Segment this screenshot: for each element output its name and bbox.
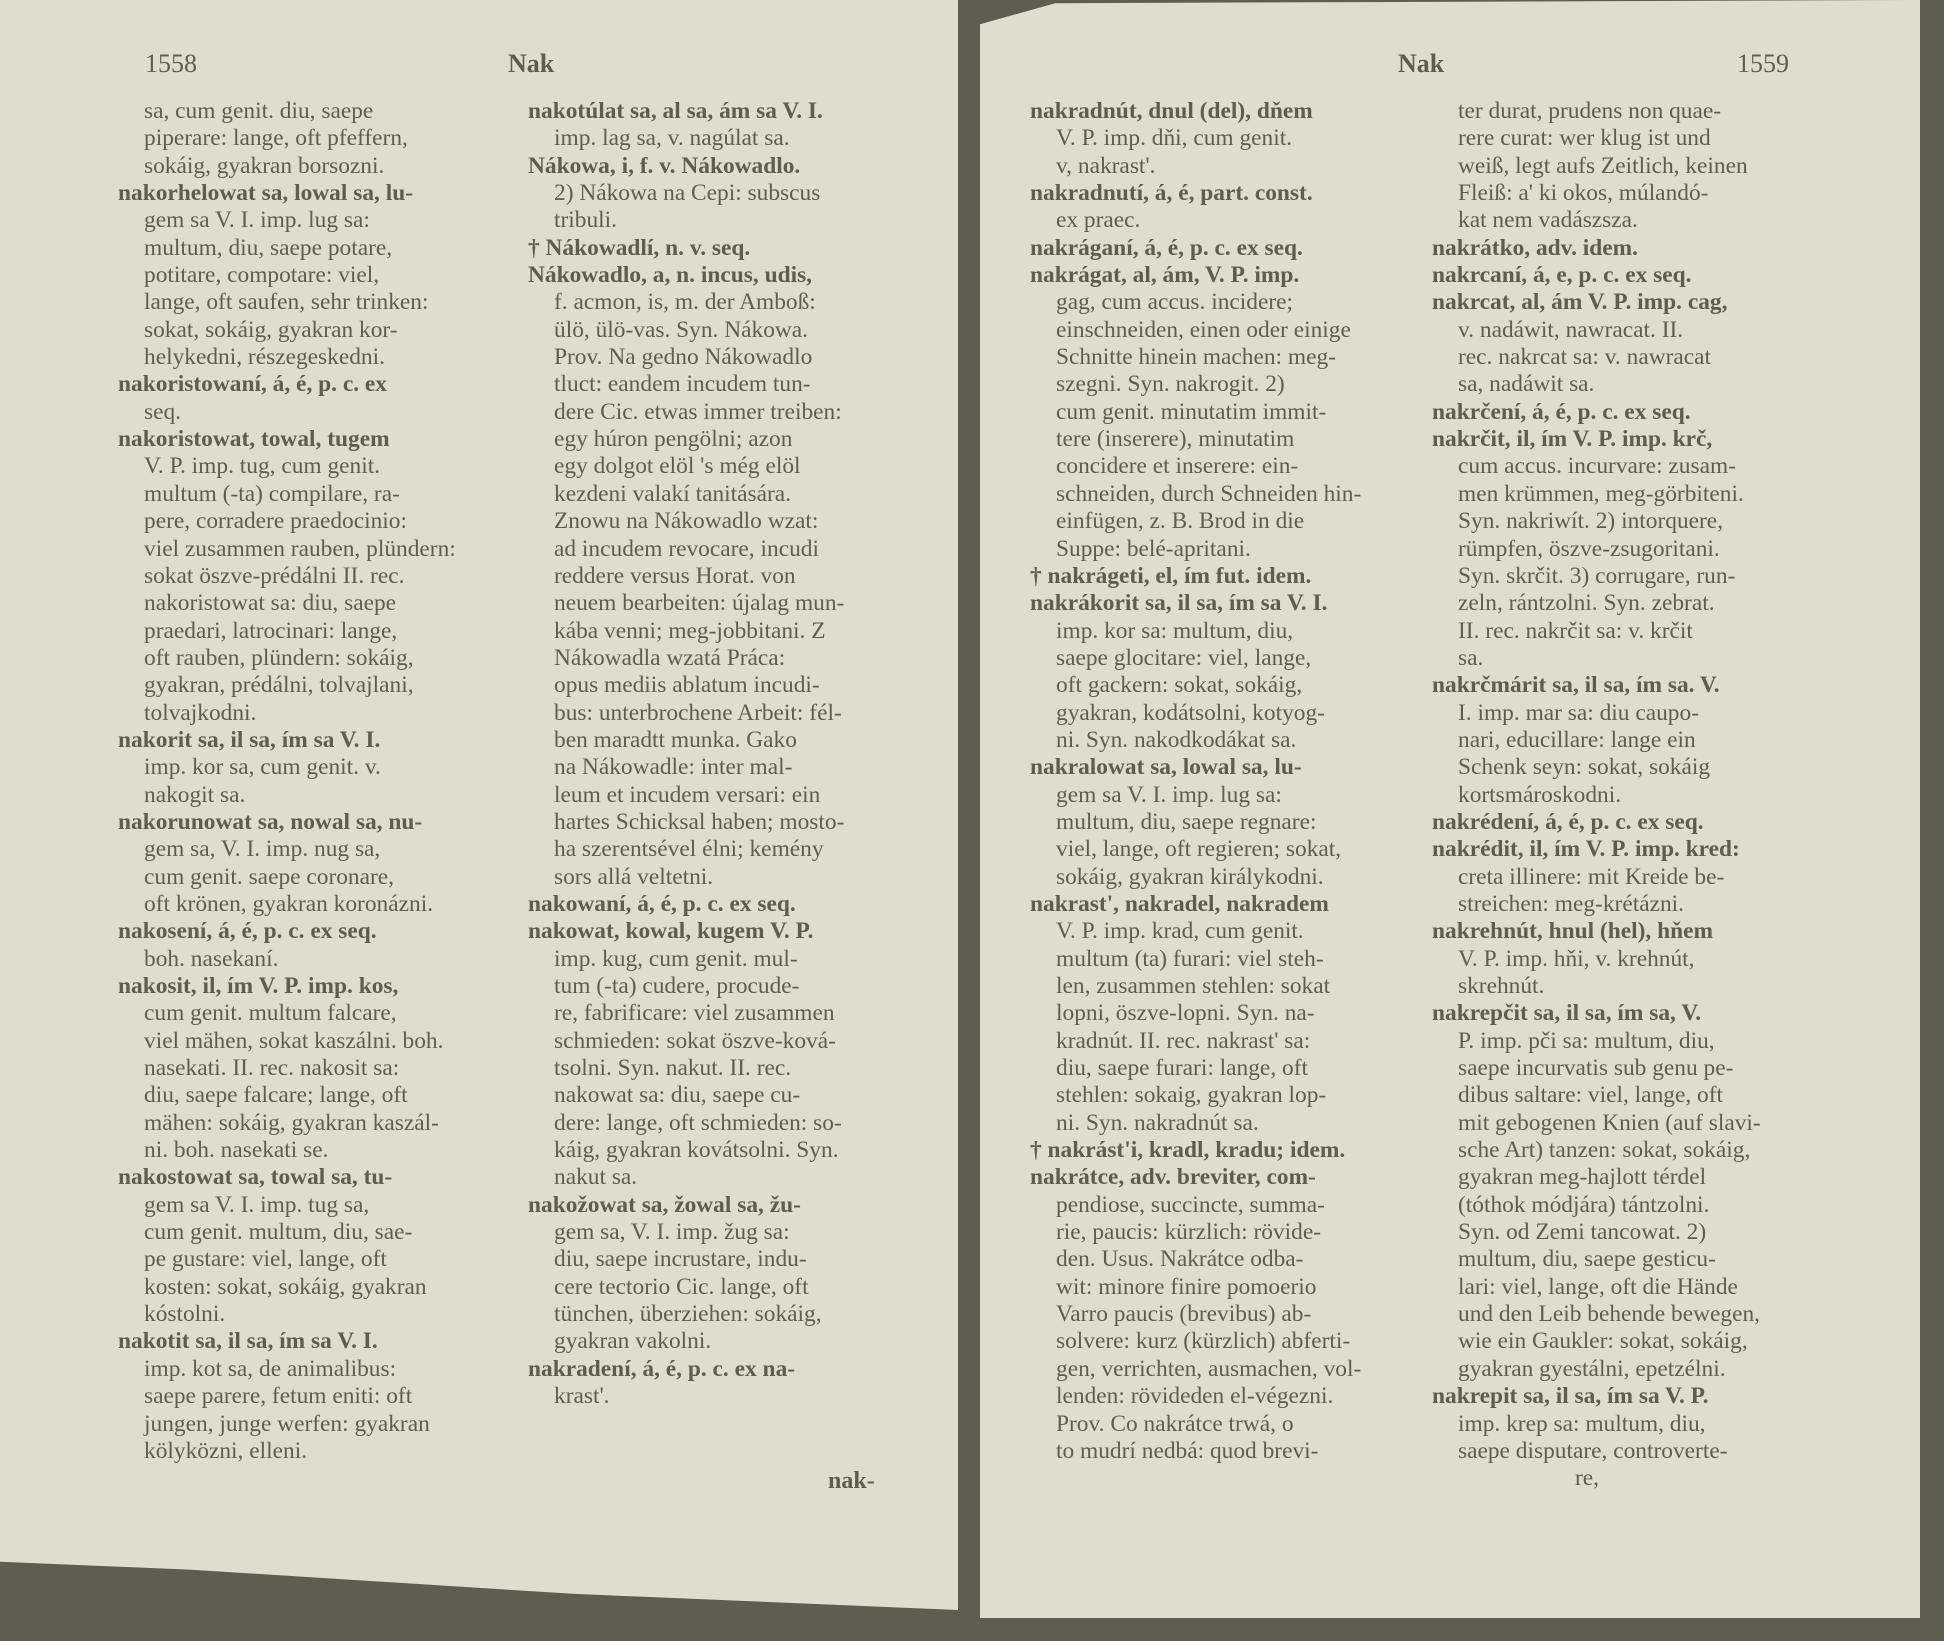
dictionary-headword-line: nakrast', nakradel, nakradem: [1030, 891, 1425, 918]
dictionary-headword-line: nakosení, á, é, p. c. ex seq.: [118, 918, 503, 945]
dictionary-text-line: v. nadáwit, nawracat. II.: [1432, 317, 1837, 344]
dictionary-headword-line: nakorit sa, il sa, ím sa V. I.: [118, 727, 503, 754]
dictionary-text-line: kába venni; meg-jobbitani. Z: [528, 618, 923, 645]
dictionary-text-line: tsolni. Syn. nakut. II. rec.: [528, 1055, 923, 1082]
dictionary-text-line: solvere: kurz (kürzlich) abferti-: [1030, 1328, 1425, 1355]
dictionary-headword-line: nakowaní, á, é, p. c. ex seq.: [528, 891, 923, 918]
dictionary-text-line: ni. Syn. nakodkodákat sa.: [1030, 727, 1425, 754]
dictionary-text-line: schneiden, durch Schneiden hin-: [1030, 481, 1425, 508]
dictionary-text-line: nari, educillare: lange ein: [1432, 727, 1837, 754]
dictionary-text-line: kezdeni valakí tanitására.: [528, 481, 923, 508]
dictionary-text-line: lange, oft saufen, sehr trinken:: [118, 289, 503, 316]
dictionary-text-line: cum genit. multum falcare,: [118, 1000, 503, 1027]
dictionary-headword-line: † nakrágeti, el, ím fut. idem.: [1030, 563, 1425, 590]
dictionary-text-line: Syn. od Zemi tancowat. 2): [1432, 1219, 1837, 1246]
dictionary-text-line: lenden: rövideden el-végezni.: [1030, 1383, 1425, 1410]
dictionary-text-line: gem sa V. I. imp. lug sa:: [1030, 782, 1425, 809]
dictionary-text-line: Znowu na Nákowadlo wzat:: [528, 508, 923, 535]
dictionary-text-line: cere tectorio Cic. lange, oft: [528, 1274, 923, 1301]
dictionary-headword-line: nakrédení, á, é, p. c. ex seq.: [1432, 809, 1837, 836]
dictionary-text-line: ben maradtt munka. Gako: [528, 727, 923, 754]
dictionary-text-line: ter durat, prudens non quae-: [1432, 98, 1837, 125]
dictionary-text-line: V. P. imp. tug, cum genit.: [118, 453, 503, 480]
dictionary-text-line: neuem bearbeiten: újalag mun-: [528, 590, 923, 617]
dictionary-headword-line: nakrcaní, á, e, p. c. ex seq.: [1432, 262, 1837, 289]
dictionary-text-line: Prov. Co nakrátce trwá, o: [1030, 1411, 1425, 1438]
left-page: 1558 Nak sa, cum genit. diu, saepepipera…: [0, 0, 958, 1610]
dictionary-text-line: schmieden: sokat öszve-ková-: [528, 1028, 923, 1055]
dictionary-text-line: Prov. Na gedno Nákowadlo: [528, 344, 923, 371]
dictionary-text-line: to mudrí nedbá: quod brevi-: [1030, 1438, 1425, 1465]
dictionary-text-line: mähen: sokáig, gyakran kaszál-: [118, 1110, 503, 1137]
dictionary-text-line: re, fabrificare: viel zusammen: [528, 1000, 923, 1027]
dictionary-text-line: praedari, latrocinari: lange,: [118, 618, 503, 645]
dictionary-text-line: leum et incudem versari: ein: [528, 782, 923, 809]
dictionary-text-line: cum genit. saepe coronare,: [118, 864, 503, 891]
dictionary-text-line: Fleiß: a' ki okos, múlandó-: [1432, 180, 1837, 207]
dictionary-text-line: dere Cic. etwas immer treiben:: [528, 399, 923, 426]
dictionary-text-line: krast'.: [528, 1383, 923, 1410]
dictionary-text-line: rümpfen, öszve-zsugoritani.: [1432, 536, 1837, 563]
dictionary-headword-line: nakorunowat sa, nowal sa, nu-: [118, 809, 503, 836]
dictionary-text-line: diu, saepe incrustare, indu-: [528, 1246, 923, 1273]
dictionary-text-line: gem sa V. I. imp. tug sa,: [118, 1192, 503, 1219]
dictionary-headword-line: nakotúlat sa, al sa, ám sa V. I.: [528, 98, 923, 125]
dictionary-text-line: kortsmároskodni.: [1432, 782, 1837, 809]
dictionary-text-line: ex praec.: [1030, 207, 1425, 234]
running-head-left: Nak: [508, 44, 554, 84]
dictionary-text-line: saepe glocitare: viel, lange,: [1030, 645, 1425, 672]
dictionary-text-line: multum, diu, saepe gesticu-: [1432, 1246, 1837, 1273]
dictionary-text-line: creta illinere: mit Kreide be-: [1432, 864, 1837, 891]
dictionary-text-line: potitare, compotare: viel,: [118, 262, 503, 289]
dictionary-text-line: len, zusammen stehlen: sokat: [1030, 973, 1425, 1000]
dictionary-text-line: skrehnút.: [1432, 973, 1837, 1000]
dictionary-text-line: Nákowadla wzatá Práca:: [528, 645, 923, 672]
dictionary-text-line: (tóthok módjára) tántzolni.: [1432, 1192, 1837, 1219]
dictionary-text-line: stehlen: sokaig, gyakran lop-: [1030, 1082, 1425, 1109]
dictionary-headword-line: † Nákowadlí, n. v. seq.: [528, 235, 923, 262]
dictionary-text-line: kat nem vadászsza.: [1432, 207, 1837, 234]
dictionary-headword-line: nakrepit sa, il sa, ím sa V. P.: [1432, 1383, 1837, 1410]
dictionary-text-line: imp. kot sa, de animalibus:: [118, 1356, 503, 1383]
left-column-2: nakotúlat sa, al sa, ám sa V. I.imp. lag…: [528, 98, 923, 1411]
dictionary-text-line: streichen: meg-krétázni.: [1432, 891, 1837, 918]
dictionary-headword-line: nakrcat, al, ám V. P. imp. cag,: [1432, 289, 1837, 316]
dictionary-text-line: gyakran, prédálni, tolvajlani,: [118, 672, 503, 699]
dictionary-text-line: re,: [1432, 1465, 1837, 1492]
dictionary-text-line: nakoristowat sa: diu, saepe: [118, 590, 503, 617]
dictionary-headword-line: nakoristowat, towal, tugem: [118, 426, 503, 453]
dictionary-text-line: tolvajkodni.: [118, 700, 503, 727]
dictionary-headword-line: nakotit sa, il sa, ím sa V. I.: [118, 1328, 503, 1355]
dictionary-text-line: sa, cum genit. diu, saepe: [118, 98, 503, 125]
right-page: Nak 1559 nakradnút, dnul (del), dňemV. P…: [980, 0, 1920, 1618]
running-head-right: Nak: [1398, 44, 1444, 84]
dictionary-headword-line: nakrčmárit sa, il sa, ím sa. V.: [1432, 672, 1837, 699]
dictionary-text-line: pe gustare: viel, lange, oft: [118, 1246, 503, 1273]
dictionary-headword-line: nakrágat, al, ám, V. P. imp.: [1030, 262, 1425, 289]
dictionary-text-line: reddere versus Horat. von: [528, 563, 923, 590]
dictionary-text-line: multum, diu, saepe regnare:: [1030, 809, 1425, 836]
dictionary-text-line: V. P. imp. dňi, cum genit.: [1030, 125, 1425, 152]
dictionary-text-line: gyakran vakolni.: [528, 1328, 923, 1355]
dictionary-text-line: imp. kor sa, cum genit. v.: [118, 754, 503, 781]
dictionary-text-line: dere: lange, oft schmieden: so-: [528, 1110, 923, 1137]
dictionary-text-line: cum genit. multum, diu, sae-: [118, 1219, 503, 1246]
dictionary-text-line: gag, cum accus. incidere;: [1030, 289, 1425, 316]
dictionary-headword-line: nakrehnút, hnul (hel), hňem: [1432, 918, 1837, 945]
dictionary-headword-line: nakradení, á, é, p. c. ex na-: [528, 1356, 923, 1383]
dictionary-text-line: piperare: lange, oft pfeffern,: [118, 125, 503, 152]
dictionary-headword-line: nakrákorit sa, il sa, ím sa V. I.: [1030, 590, 1425, 617]
dictionary-text-line: Schnitte hinein machen: meg-: [1030, 344, 1425, 371]
dictionary-text-line: multum (-ta) compilare, ra-: [118, 481, 503, 508]
dictionary-text-line: saepe parere, fetum eniti: oft: [118, 1383, 503, 1410]
dictionary-text-line: diu, saepe falcare; lange, oft: [118, 1082, 503, 1109]
dictionary-text-line: gem sa, V. I. imp. nug sa,: [118, 836, 503, 863]
catchword: nak-: [828, 1468, 875, 1495]
dictionary-headword-line: nakoristowaní, á, é, p. c. ex: [118, 371, 503, 398]
dictionary-headword-line: nakráganí, á, é, p. c. ex seq.: [1030, 235, 1425, 262]
dictionary-text-line: opus mediis ablatum incudi-: [528, 672, 923, 699]
dictionary-text-line: P. imp. pči sa: multum, diu,: [1432, 1028, 1837, 1055]
dictionary-text-line: nasekati. II. rec. nakosit sa:: [118, 1055, 503, 1082]
dictionary-text-line: Syn. skrčit. 3) corrugare, run-: [1432, 563, 1837, 590]
dictionary-text-line: gen, verrichten, ausmachen, vol-: [1030, 1356, 1425, 1383]
dictionary-headword-line: nakrčení, á, é, p. c. ex seq.: [1432, 399, 1837, 426]
dictionary-headword-line: nakowat, kowal, kugem V. P.: [528, 918, 923, 945]
dictionary-text-line: tribuli.: [528, 207, 923, 234]
dictionary-text-line: tluct: eandem incudem tun-: [528, 371, 923, 398]
dictionary-text-line: rie, paucis: kürzlich: rövide-: [1030, 1219, 1425, 1246]
dictionary-text-line: sokat, sokáig, gyakran kor-: [118, 317, 503, 344]
dictionary-text-line: Suppe: belé-apritani.: [1030, 536, 1425, 563]
dictionary-text-line: saepe disputare, controverte-: [1432, 1438, 1837, 1465]
dictionary-text-line: mit gebogenen Knien (auf slavi-: [1432, 1110, 1837, 1137]
dictionary-text-line: gyakran meg-hajlott térdel: [1432, 1164, 1837, 1191]
dictionary-text-line: V. P. imp. hňi, v. krehnút,: [1432, 946, 1837, 973]
dictionary-text-line: tum (-ta) cudere, procude-: [528, 973, 923, 1000]
dictionary-text-line: gyakran gyestálni, epetzélni.: [1432, 1356, 1837, 1383]
dictionary-headword-line: nakradnút, dnul (del), dňem: [1030, 98, 1425, 125]
dictionary-text-line: pendiose, succincte, summa-: [1030, 1192, 1425, 1219]
dictionary-text-line: multum, diu, saepe potare,: [118, 235, 503, 262]
dictionary-headword-line: nakrátce, adv. breviter, com-: [1030, 1164, 1425, 1191]
dictionary-text-line: viel mähen, sokat kaszálni. boh.: [118, 1028, 503, 1055]
right-column-2: ter durat, prudens non quae-rere curat: …: [1432, 98, 1837, 1493]
dictionary-text-line: nakut sa.: [528, 1164, 923, 1191]
dictionary-text-line: einschneiden, einen oder einige: [1030, 317, 1425, 344]
dictionary-text-line: imp. kug, cum genit. mul-: [528, 946, 923, 973]
dictionary-text-line: bus: unterbrochene Arbeit: fél-: [528, 700, 923, 727]
dictionary-text-line: kradnút. II. rec. nakrast' sa:: [1030, 1028, 1425, 1055]
dictionary-text-line: imp. lag sa, v. nagúlat sa.: [528, 125, 923, 152]
dictionary-text-line: rere curat: wer klug ist und: [1432, 125, 1837, 152]
dictionary-text-line: tünchen, überziehen: sokáig,: [528, 1301, 923, 1328]
dictionary-text-line: v, nakrast'.: [1030, 153, 1425, 180]
dictionary-text-line: ha szerentsével élni; kemény: [528, 836, 923, 863]
dictionary-text-line: sors allá veltetni.: [528, 864, 923, 891]
dictionary-text-line: jungen, junge werfen: gyakran: [118, 1411, 503, 1438]
dictionary-text-line: gem sa, V. I. imp. žug sa:: [528, 1219, 923, 1246]
dictionary-text-line: gem sa V. I. imp. lug sa:: [118, 207, 503, 234]
dictionary-text-line: 2) Nákowa na Cepi: subscus: [528, 180, 923, 207]
dictionary-text-line: und den Leib behende bewegen,: [1432, 1301, 1837, 1328]
dictionary-headword-line: † nakrást'i, kradl, kradu; idem.: [1030, 1137, 1425, 1164]
dictionary-text-line: szegni. Syn. nakrogit. 2): [1030, 371, 1425, 398]
dictionary-text-line: sche Art) tanzen: sokat, sokáig,: [1432, 1137, 1837, 1164]
dictionary-text-line: kosten: sokat, sokáig, gyakran: [118, 1274, 503, 1301]
dictionary-text-line: viel, lange, oft regieren; sokat,: [1030, 836, 1425, 863]
dictionary-text-line: f. acmon, is, m. der Amboß:: [528, 289, 923, 316]
dictionary-text-line: weiß, legt aufs Zeitlich, keinen: [1432, 153, 1837, 180]
dictionary-text-line: sokat öszve-prédálni II. rec.: [118, 563, 503, 590]
dictionary-text-line: einfügen, z. B. Brod in die: [1030, 508, 1425, 535]
dictionary-text-line: Varro paucis (brevibus) ab-: [1030, 1301, 1425, 1328]
dictionary-text-line: oft rauben, plündern: sokáig,: [118, 645, 503, 672]
dictionary-text-line: men krümmen, meg-görbiteni.: [1432, 481, 1837, 508]
dictionary-text-line: den. Usus. Nakrátce odba-: [1030, 1246, 1425, 1273]
dictionary-text-line: dibus saltare: viel, lange, oft: [1432, 1082, 1837, 1109]
dictionary-text-line: nakowat sa: diu, saepe cu-: [528, 1082, 923, 1109]
dictionary-text-line: boh. nasekaní.: [118, 946, 503, 973]
dictionary-text-line: pere, corradere praedocinio:: [118, 508, 503, 535]
dictionary-text-line: egy dolgot elöl 's még elöl: [528, 453, 923, 480]
dictionary-headword-line: nakosit, il, ím V. P. imp. kos,: [118, 973, 503, 1000]
dictionary-headword-line: nakrčit, il, ím V. P. imp. krč,: [1432, 426, 1837, 453]
dictionary-text-line: káig, gyakran kovátsolni. Syn.: [528, 1137, 923, 1164]
dictionary-headword-line: Nákowadlo, a, n. incus, udis,: [528, 262, 923, 289]
dictionary-text-line: gyakran, kodátsolni, kotyog-: [1030, 700, 1425, 727]
dictionary-text-line: imp. kor sa: multum, diu,: [1030, 618, 1425, 645]
dictionary-text-line: imp. krep sa: multum, diu,: [1432, 1411, 1837, 1438]
dictionary-text-line: ni. boh. nasekati se.: [118, 1137, 503, 1164]
dictionary-text-line: I. imp. mar sa: diu caupo-: [1432, 700, 1837, 727]
dictionary-text-line: oft krönen, gyakran koronázni.: [118, 891, 503, 918]
dictionary-headword-line: nakorhelowat sa, lowal sa, lu-: [118, 180, 503, 207]
dictionary-headword-line: nakrepčit sa, il sa, ím sa, V.: [1432, 1000, 1837, 1027]
dictionary-text-line: V. P. imp. krad, cum genit.: [1030, 918, 1425, 945]
dictionary-text-line: na Nákowadle: inter mal-: [528, 754, 923, 781]
dictionary-headword-line: nakrátko, adv. idem.: [1432, 235, 1837, 262]
dictionary-text-line: sa, nadáwit sa.: [1432, 371, 1837, 398]
dictionary-text-line: multum (ta) furari: viel steh-: [1030, 946, 1425, 973]
dictionary-text-line: cum genit. minutatim immit-: [1030, 399, 1425, 426]
dictionary-text-line: sokáig, gyakran királykodni.: [1030, 864, 1425, 891]
dictionary-text-line: helykedni, részegeskedni.: [118, 344, 503, 371]
dictionary-headword-line: nakožowat sa, žowal sa, žu-: [528, 1192, 923, 1219]
dictionary-text-line: diu, saepe furari: lange, oft: [1030, 1055, 1425, 1082]
dictionary-text-line: concidere et inserere: ein-: [1030, 453, 1425, 480]
dictionary-text-line: cum accus. incurvare: zusam-: [1432, 453, 1837, 480]
dictionary-text-line: sokáig, gyakran borsozni.: [118, 153, 503, 180]
dictionary-text-line: ad incudem revocare, incudi: [528, 536, 923, 563]
dictionary-text-line: saepe incurvatis sub genu pe-: [1432, 1055, 1837, 1082]
dictionary-text-line: egy húron pengölni; azon: [528, 426, 923, 453]
dictionary-text-line: oft gackern: sokat, sokáig,: [1030, 672, 1425, 699]
dictionary-text-line: hartes Schicksal haben; mosto-: [528, 809, 923, 836]
dictionary-text-line: kóstolni.: [118, 1301, 503, 1328]
dictionary-headword-line: nakostowat sa, towal sa, tu-: [118, 1164, 503, 1191]
dictionary-text-line: kölyközni, elleni.: [118, 1438, 503, 1465]
dictionary-text-line: ni. Syn. nakradnút sa.: [1030, 1110, 1425, 1137]
dictionary-text-line: seq.: [118, 399, 503, 426]
dictionary-text-line: lopni, öszve-lopni. Syn. na-: [1030, 1000, 1425, 1027]
dictionary-text-line: lari: viel, lange, oft die Hände: [1432, 1274, 1837, 1301]
dictionary-headword-line: nakradnutí, á, é, part. const.: [1030, 180, 1425, 207]
dictionary-text-line: wit: minore finire pomoerio: [1030, 1274, 1425, 1301]
dictionary-headword-line: Nákowa, i, f. v. Nákowadlo.: [528, 153, 923, 180]
dictionary-text-line: nakogit sa.: [118, 782, 503, 809]
dictionary-text-line: tere (inserere), minutatim: [1030, 426, 1425, 453]
dictionary-text-line: rec. nakrcat sa: v. nawracat: [1432, 344, 1837, 371]
dictionary-text-line: viel zusammen rauben, plündern:: [118, 536, 503, 563]
left-column-1: sa, cum genit. diu, saepepiperare: lange…: [118, 98, 503, 1465]
dictionary-text-line: zeln, rántzolni. Syn. zebrat.: [1432, 590, 1837, 617]
dictionary-text-line: II. rec. nakrčit sa: v. krčit: [1432, 618, 1837, 645]
page-number-left: 1558: [145, 44, 197, 84]
dictionary-headword-line: nakrédit, il, ím V. P. imp. kred:: [1432, 836, 1837, 863]
right-column-1: nakradnút, dnul (del), dňemV. P. imp. dň…: [1030, 98, 1425, 1465]
dictionary-text-line: sa.: [1432, 645, 1837, 672]
page-number-right: 1559: [1737, 44, 1789, 84]
dictionary-text-line: Syn. nakriwít. 2) intorquere,: [1432, 508, 1837, 535]
dictionary-text-line: wie ein Gaukler: sokat, sokáig,: [1432, 1328, 1837, 1355]
dictionary-text-line: Schenk seyn: sokat, sokáig: [1432, 754, 1837, 781]
dictionary-text-line: ülö, ülö-vas. Syn. Nákowa.: [528, 317, 923, 344]
dictionary-headword-line: nakralowat sa, lowal sa, lu-: [1030, 754, 1425, 781]
